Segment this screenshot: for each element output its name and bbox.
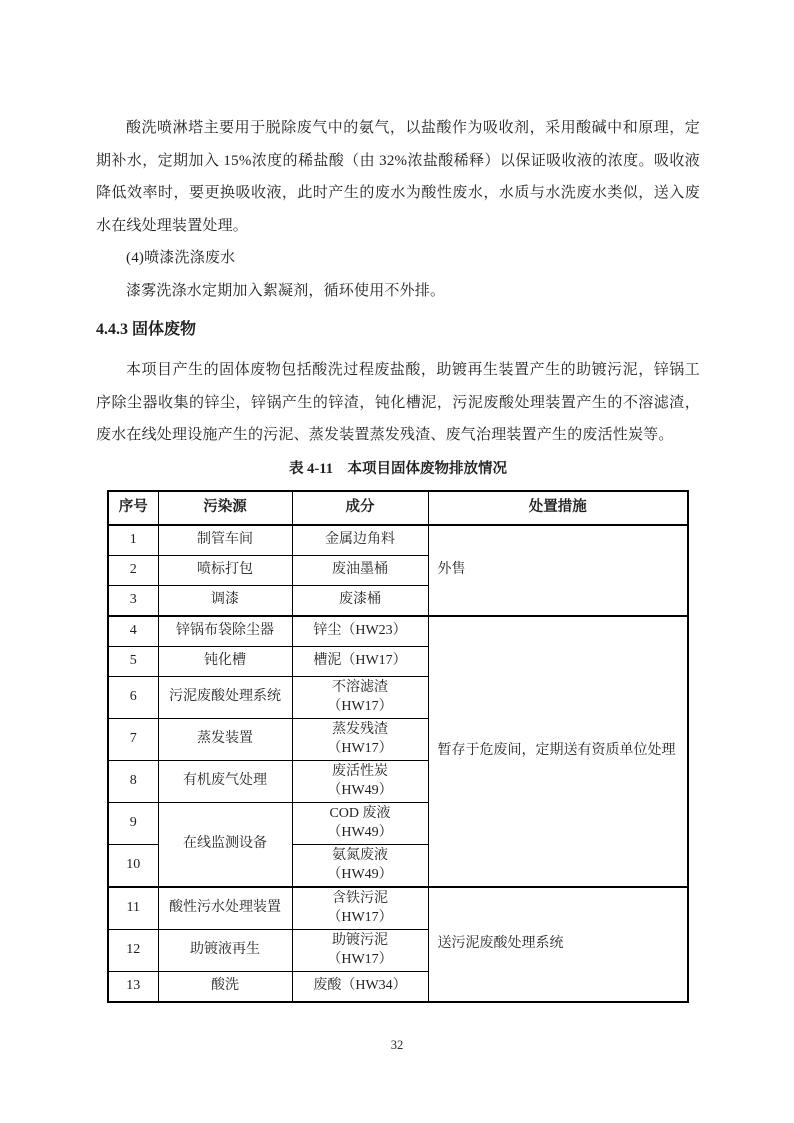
paragraph-acid-wash-tower: 酸洗喷淋塔主要用于脱除废气中的氨气，以盐酸作为吸收剂，采用酸碱中和原理，定期补水…	[96, 112, 700, 242]
table-cell: 钝化槽	[158, 646, 292, 676]
table-header-row: 序号污染源成分处置措施	[108, 491, 688, 525]
paragraph-spray-paint-label: (4)喷漆洗涤废水	[96, 242, 700, 275]
table-cell: COD 废液 （HW49）	[292, 802, 428, 844]
column-header: 成分	[292, 491, 428, 525]
table-cell: 废油墨桶	[292, 555, 428, 585]
table-cell: 槽泥（HW17）	[292, 646, 428, 676]
table-row: 4锌锅布袋除尘器锌尘（HW23）暂存于危废间，定期送有资质单位处理	[108, 616, 688, 647]
table-cell: 污泥废酸处理系统	[158, 676, 292, 718]
table-cell: 有机废气处理	[158, 760, 292, 802]
table-cell: 蒸发残渣 （HW17）	[292, 718, 428, 760]
column-header: 序号	[108, 491, 158, 525]
table-header-row: 序号污染源成分处置措施	[108, 491, 688, 525]
table-cell: 助镀污泥 （HW17）	[292, 929, 428, 971]
table-row: 1制管车间金属边角料外售	[108, 525, 688, 556]
table-cell: 4	[108, 616, 158, 647]
table-cell: 锌尘（HW23）	[292, 616, 428, 647]
table-cell: 9	[108, 802, 158, 844]
solid-waste-table: 序号污染源成分处置措施 1制管车间金属边角料外售2喷标打包废油墨桶3调漆废漆桶4…	[107, 490, 689, 1003]
table-cell: 2	[108, 555, 158, 585]
table-cell: 暂存于危废间，定期送有资质单位处理	[428, 616, 688, 887]
table-cell: 酸洗	[158, 971, 292, 1002]
table-cell: 酸性污水处理装置	[158, 887, 292, 930]
table-cell: 10	[108, 844, 158, 887]
table-cell: 5	[108, 646, 158, 676]
table-cell: 7	[108, 718, 158, 760]
table-cell: 蒸发装置	[158, 718, 292, 760]
table-cell: 8	[108, 760, 158, 802]
table-cell: 1	[108, 525, 158, 556]
table-cell: 废漆桶	[292, 585, 428, 616]
table-cell: 废活性炭 （HW49）	[292, 760, 428, 802]
table-cell: 助镀液再生	[158, 929, 292, 971]
table-cell: 废酸（HW34）	[292, 971, 428, 1002]
table-cell: 外售	[428, 525, 688, 616]
paragraph-paint-mist: 漆雾洗涤水定期加入絮凝剂，循环使用不外排。	[96, 275, 700, 308]
section-heading-solid-waste: 4.4.3 固体废物	[96, 318, 700, 342]
table-cell: 在线监测设备	[158, 802, 292, 887]
page-content: 酸洗喷淋塔主要用于脱除废气中的氨气，以盐酸作为吸收剂，采用酸碱中和原理，定期补水…	[96, 112, 700, 1003]
table-cell: 含铁污泥 （HW17）	[292, 887, 428, 930]
table-cell: 氨氮废液 （HW49）	[292, 844, 428, 887]
column-header: 处置措施	[428, 491, 688, 525]
page-number: 32	[0, 1038, 794, 1053]
table-cell: 制管车间	[158, 525, 292, 556]
table-cell: 锌锅布袋除尘器	[158, 616, 292, 647]
table-row: 11酸性污水处理装置含铁污泥 （HW17）送污泥废酸处理系统	[108, 887, 688, 930]
table-cell: 不溶滤渣 （HW17）	[292, 676, 428, 718]
table-body: 1制管车间金属边角料外售2喷标打包废油墨桶3调漆废漆桶4锌锅布袋除尘器锌尘（HW…	[108, 525, 688, 1002]
table-cell: 6	[108, 676, 158, 718]
table-cell: 喷标打包	[158, 555, 292, 585]
column-header: 污染源	[158, 491, 292, 525]
paragraph-solid-waste-overview: 本项目产生的固体废物包括酸洗过程废盐酸，助镀再生装置产生的助镀污泥，锌锅工序除尘…	[96, 354, 700, 452]
table-cell: 3	[108, 585, 158, 616]
table-cell: 金属边角料	[292, 525, 428, 556]
table-cell: 12	[108, 929, 158, 971]
table-cell: 11	[108, 887, 158, 930]
table-cell: 调漆	[158, 585, 292, 616]
document-page: 酸洗喷淋塔主要用于脱除废气中的氨气，以盐酸作为吸收剂，采用酸碱中和原理，定期补水…	[0, 0, 794, 1123]
table-cell: 送污泥废酸处理系统	[428, 887, 688, 1002]
table-cell: 13	[108, 971, 158, 1002]
table-title: 表 4-11 本项目固体废物排放情况	[96, 458, 700, 480]
